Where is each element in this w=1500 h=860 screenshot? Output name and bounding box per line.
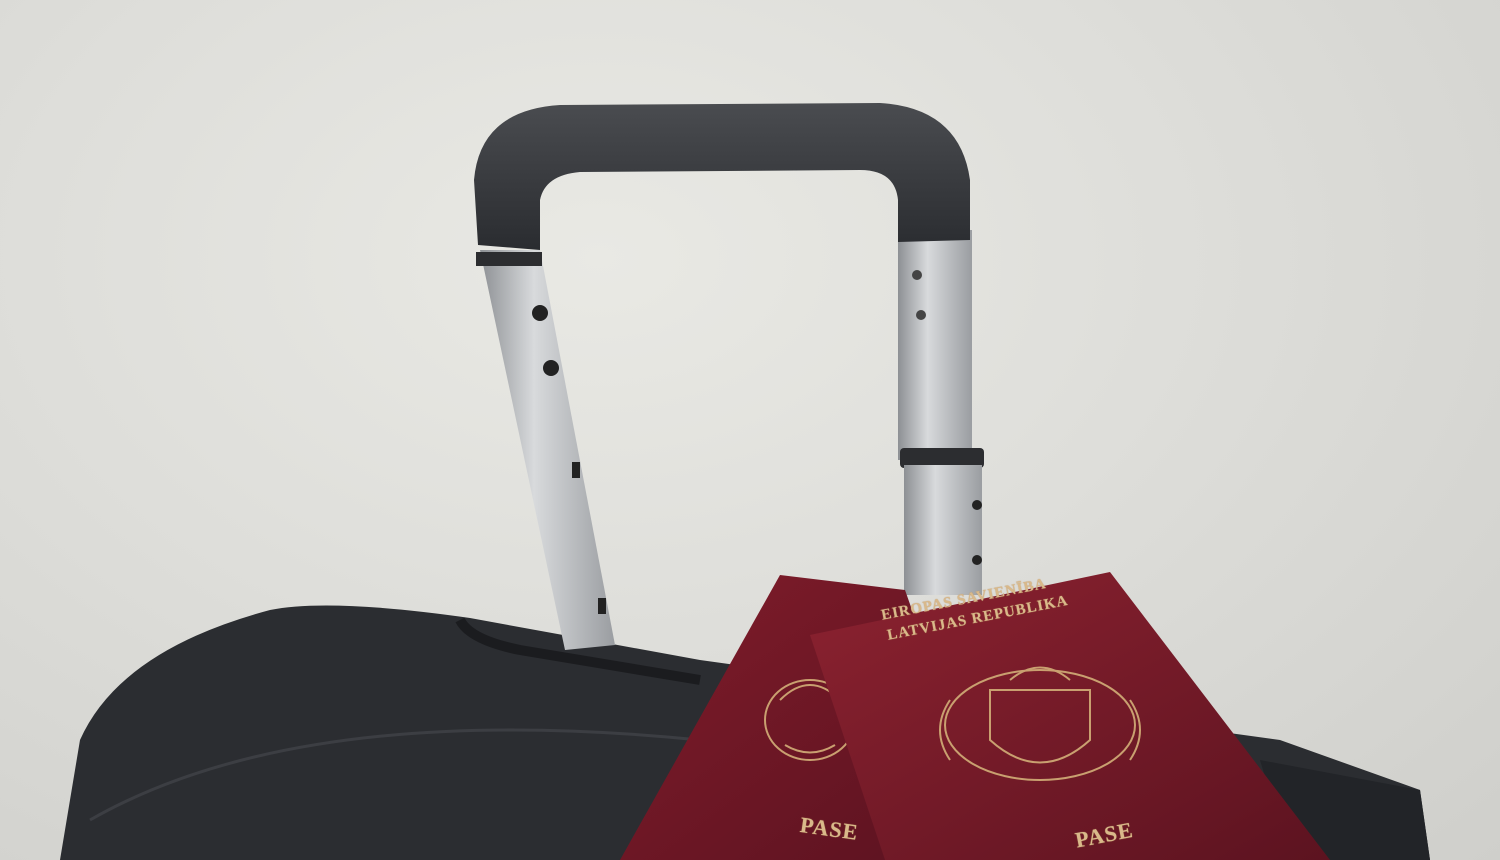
handle-grip [474,103,970,250]
handle-rod-left [476,250,615,650]
handle-rod-right [898,230,984,595]
photo-scene [0,0,1500,860]
